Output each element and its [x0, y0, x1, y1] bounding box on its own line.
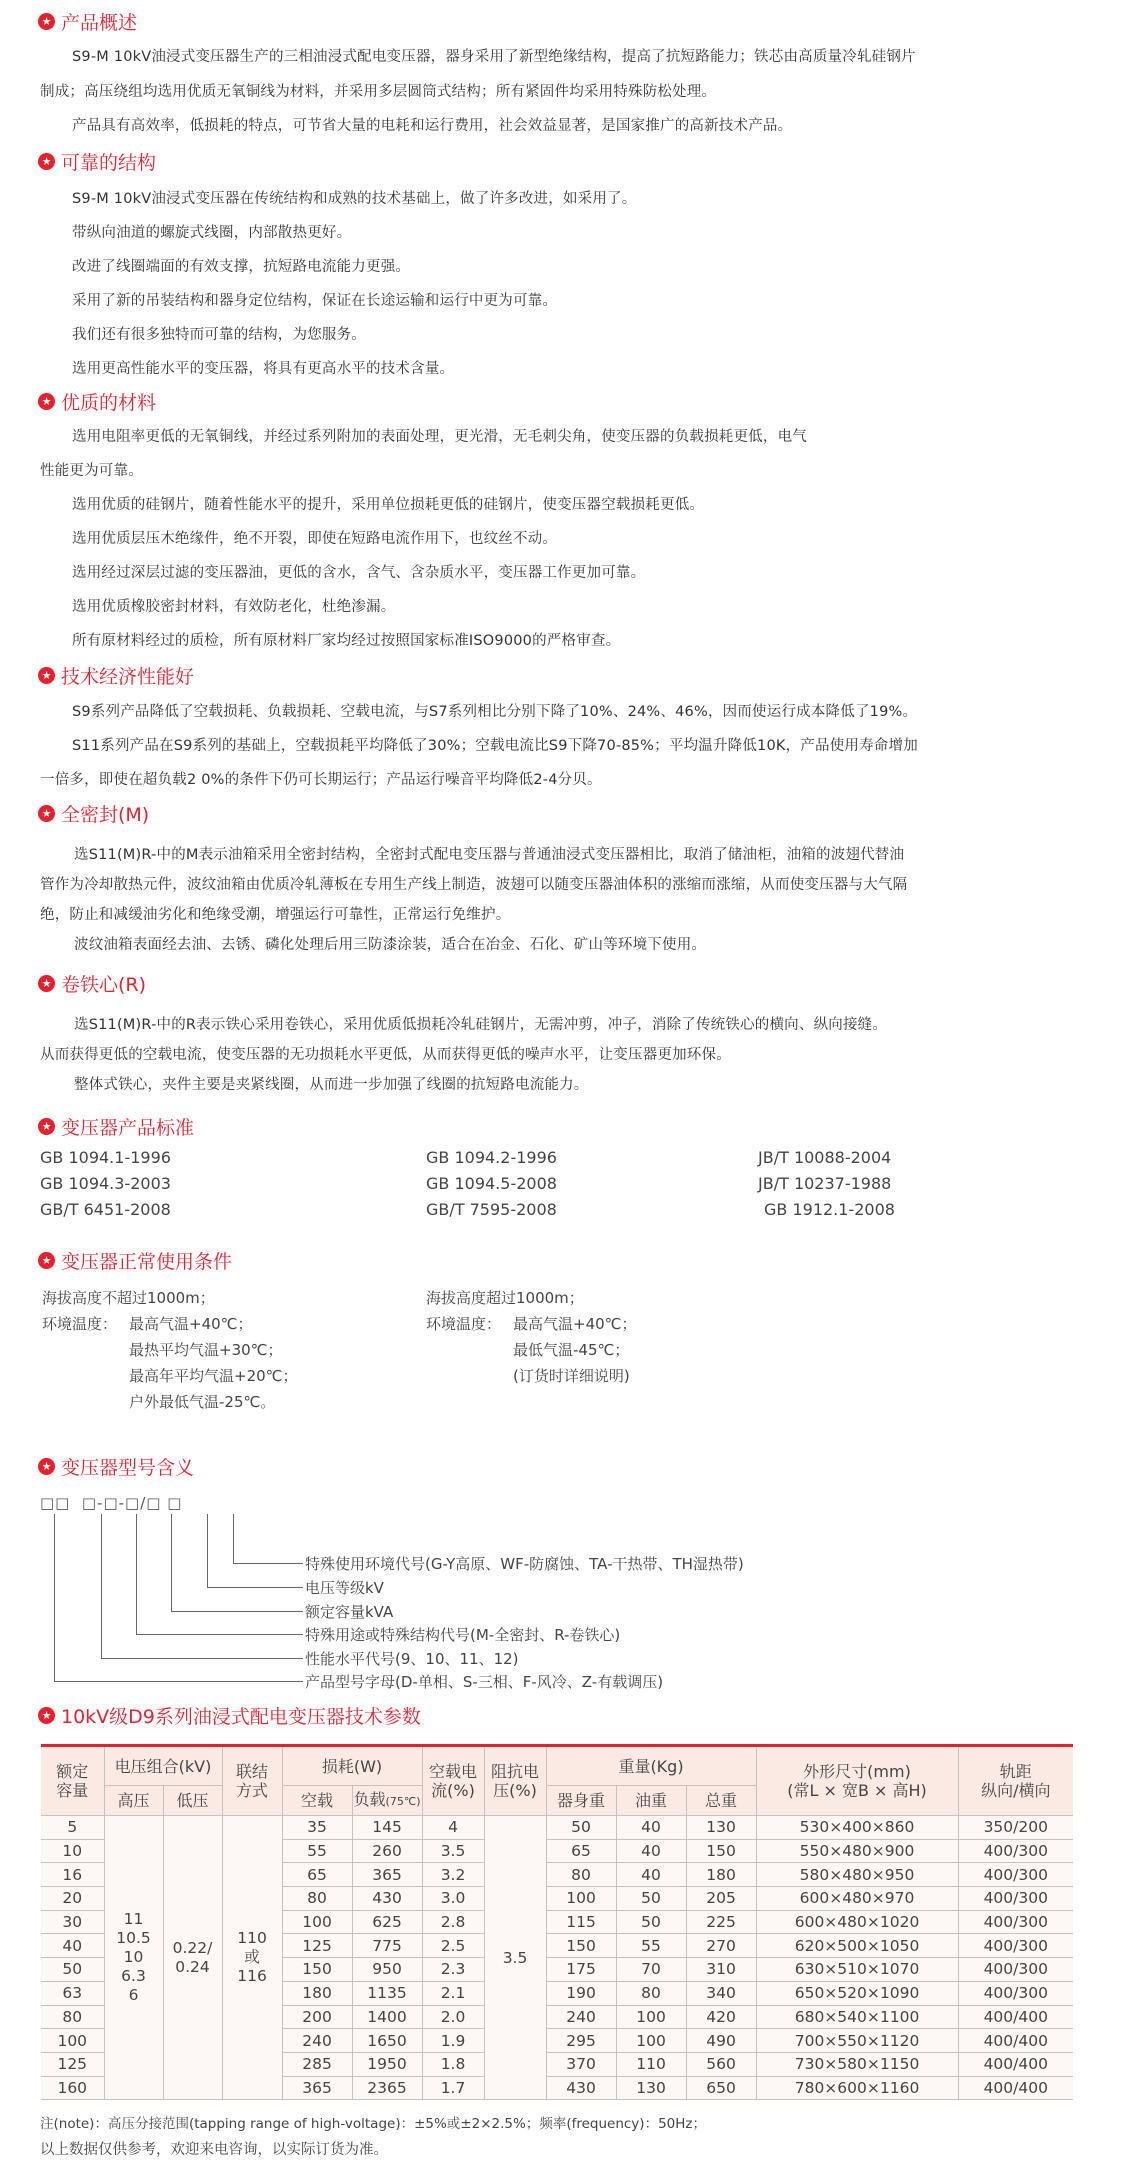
section-title-overview: ★ 产品概述: [38, 8, 137, 35]
cell-body-weight: 430: [546, 2076, 616, 2100]
model-code-pattern: □□ □-□-□/□ □: [40, 1494, 182, 1512]
cell-no-load-current: 2.8: [422, 1910, 484, 1934]
spec-table: 额定容量 电压组合(kV) 联结方式 损耗(W) 空载电流(%) 阻抗电压(%)…: [41, 1744, 1073, 2100]
cell-oil-weight: 40: [616, 1816, 686, 1840]
connector-line: [207, 1587, 303, 1588]
cell-no-load-current: 2.0: [422, 2005, 484, 2029]
cell-gauge: 400/300: [958, 1863, 1073, 1887]
model-legend-item: 性能水平代号(9、10、11、12): [305, 1648, 519, 1669]
standard-item: GB 1094.1-1996: [40, 1148, 171, 1167]
cell-load: 625: [352, 1910, 422, 1934]
cell-body-weight: 240: [546, 2005, 616, 2029]
cell-no-load-current: 2.3: [422, 1958, 484, 1982]
cell-body-weight: 50: [546, 1816, 616, 1840]
cell-dimensions: 600×480×970: [756, 1887, 958, 1911]
section-title-core: ★ 卷铁心(R): [38, 970, 146, 997]
star-bullet-icon: ★: [38, 1707, 55, 1724]
header-gauge: 轨距 纵向/横向: [958, 1746, 1073, 1816]
section-title-materials: ★ 优质的材料: [38, 388, 156, 415]
cell-body-weight: 295: [546, 2029, 616, 2053]
cell-lv-merged: 0.22/ 0.24: [163, 1816, 222, 2100]
cell-capacity: 10: [41, 1839, 104, 1863]
structure-paragraph: S9-M 10kV油浸式变压器在传统结构和成熟的技术基础上，做了许多改进，如采用…: [72, 187, 636, 208]
cell-oil-weight: 50: [616, 1887, 686, 1911]
cell-no-load: 100: [282, 1910, 352, 1934]
cell-dimensions: 680×540×1100: [756, 2005, 958, 2029]
overview-paragraph: 制成；高压绕组均选用优质无氧铜线为材料，并采用多层圆筒式结构；所有紧固件均采用特…: [40, 80, 716, 101]
core-paragraph: 选S11(M)R-中的R表示铁心采用卷铁心，采用优质低损耗冷轧硅钢片，无需冲剪，…: [74, 1013, 887, 1034]
cell-hv-merged: 11 10.5 10 6.3 6: [104, 1816, 163, 2100]
cell-connection-merged: 110 或 116: [222, 1816, 282, 2100]
star-bullet-icon: ★: [38, 1118, 55, 1135]
standard-item: JB/T 10088-2004: [758, 1148, 891, 1167]
sealed-paragraph: 管作为冷却散热元件，波纹油箱由优质冷轧薄板在专用生产线上制造，波翅可以随变压器油…: [40, 873, 907, 894]
connector-line: [136, 1514, 137, 1634]
materials-paragraph: 性能更为可靠。: [40, 459, 143, 480]
cell-no-load: 240: [282, 2029, 352, 2053]
cell-load: 1950: [352, 2052, 422, 2076]
cell-no-load-current: 1.7: [422, 2076, 484, 2100]
header-impedance: 阻抗电压(%): [484, 1746, 546, 1816]
condition-temp: 户外最低气温-25℃。: [129, 1391, 275, 1412]
materials-paragraph: 选用优质层压木绝缘件，绝不开裂，即使在短路电流作用下，也纹丝不动。: [72, 527, 557, 548]
star-bullet-icon: ★: [38, 1458, 55, 1475]
cell-load: 2365: [352, 2076, 422, 2100]
cell-gauge: 400/300: [958, 1910, 1073, 1934]
cell-total-weight: 490: [686, 2029, 756, 2053]
cell-total-weight: 340: [686, 1981, 756, 2005]
condition-temp: 最高年平均气温+20℃；: [129, 1365, 298, 1386]
cell-load: 145: [352, 1816, 422, 1840]
cell-total-weight: 310: [686, 1958, 756, 1982]
cell-gauge: 400/300: [958, 1981, 1073, 2005]
cell-load: 1650: [352, 2029, 422, 2053]
cell-oil-weight: 40: [616, 1863, 686, 1887]
connector-line: [207, 1514, 208, 1587]
condition-temp-label: 环境温度：: [426, 1313, 501, 1334]
cell-dimensions: 630×510×1070: [756, 1958, 958, 1982]
overview-paragraph: S9-M 10kV油浸式变压器生产的三相油浸式配电变压器，器身采用了新型绝缘结构…: [72, 45, 916, 66]
cell-capacity: 30: [41, 1910, 104, 1934]
cell-oil-weight: 40: [616, 1839, 686, 1863]
materials-paragraph: 选用经过深层过滤的变压器油，更低的含水，含气、含杂质水平，变压器工作更加可靠。: [72, 561, 645, 582]
standard-item: JB/T 10237-1988: [758, 1174, 891, 1193]
structure-paragraph: 我们还有很多独特而可靠的结构，为您服务。: [72, 323, 366, 344]
cell-dimensions: 530×400×860: [756, 1816, 958, 1840]
cell-no-load-current: 3.0: [422, 1887, 484, 1911]
cell-no-load: 365: [282, 2076, 352, 2100]
standard-item: GB/T 7595-2008: [426, 1200, 557, 1219]
sealed-paragraph: 绝，防止和减缓油劣化和绝缘受潮，增强运行可靠性，正常运行免维护。: [40, 903, 510, 924]
cell-total-weight: 205: [686, 1887, 756, 1911]
economy-paragraph: 一倍多，即使在超负载2 0%的条件下仍可长期运行；产品运行噪音平均降低2-4分贝…: [40, 768, 602, 789]
standard-item: GB 1094.2-1996: [426, 1148, 557, 1167]
cell-load: 1400: [352, 2005, 422, 2029]
cell-total-weight: 560: [686, 2052, 756, 2076]
cell-load: 430: [352, 1887, 422, 1911]
cell-dimensions: 580×480×950: [756, 1863, 958, 1887]
cell-capacity: 20: [41, 1887, 104, 1911]
connector-line: [54, 1681, 303, 1682]
materials-paragraph: 选用优质的硅钢片，随着性能水平的提升，采用单位损耗更低的硅钢片，使变压器空载损耗…: [72, 493, 704, 514]
header-body-weight: 器身重: [546, 1786, 616, 1816]
star-bullet-icon: ★: [38, 805, 55, 822]
cell-total-weight: 150: [686, 1839, 756, 1863]
cell-body-weight: 175: [546, 1958, 616, 1982]
cell-gauge: 400/300: [958, 1887, 1073, 1911]
cell-oil-weight: 130: [616, 2076, 686, 2100]
structure-paragraph: 带纵向油道的螺旋式线圈，内部散热更好。: [72, 221, 351, 242]
connector-line: [101, 1514, 102, 1658]
cell-no-load-current: 1.8: [422, 2052, 484, 2076]
section-title-standards: ★ 变压器产品标准: [38, 1113, 194, 1140]
section-title-params: ★ 10kV级D9系列油浸式配电变压器技术参数: [38, 1702, 421, 1729]
cell-body-weight: 80: [546, 1863, 616, 1887]
header-no-load-current: 空载电流(%): [422, 1746, 484, 1816]
cell-total-weight: 225: [686, 1910, 756, 1934]
connector-line: [171, 1514, 172, 1611]
cell-oil-weight: 55: [616, 1934, 686, 1958]
condition-temp: 最热平均气温+30℃；: [129, 1339, 283, 1360]
cell-capacity: 125: [41, 2052, 104, 2076]
cell-capacity: 100: [41, 2029, 104, 2053]
materials-paragraph: 选用电阻率更低的无氧铜线，并经过系列附加的表面处理，更光滑，无毛刺尖角，使变压器…: [72, 425, 807, 446]
cell-no-load-current: 2.1: [422, 1981, 484, 2005]
model-legend-item: 产品型号字母(D-单相、S-三相、F-风冷、Z-有载调压): [305, 1671, 663, 1692]
condition-altitude: 海拔高度超过1000m；: [426, 1287, 584, 1308]
cell-no-load: 80: [282, 1887, 352, 1911]
standard-item: GB 1094.5-2008: [426, 1174, 557, 1193]
connector-line: [171, 1611, 303, 1612]
cell-no-load-current: 3.2: [422, 1863, 484, 1887]
cell-gauge: 400/400: [958, 2029, 1073, 2053]
connector-line: [101, 1658, 303, 1659]
cell-capacity: 16: [41, 1863, 104, 1887]
connector-line: [136, 1634, 303, 1635]
cell-no-load: 35: [282, 1816, 352, 1840]
cell-no-load: 65: [282, 1863, 352, 1887]
header-oil-weight: 油重: [616, 1786, 686, 1816]
connector-line: [54, 1514, 55, 1681]
cell-no-load: 200: [282, 2005, 352, 2029]
cell-body-weight: 100: [546, 1887, 616, 1911]
cell-dimensions: 620×500×1050: [756, 1934, 958, 1958]
cell-load: 950: [352, 1958, 422, 1982]
core-paragraph: 从而获得更低的空载电流，使变压器的无功损耗水平更低，从而获得更低的噪声水平，让变…: [40, 1043, 731, 1064]
cell-body-weight: 115: [546, 1910, 616, 1934]
overview-paragraph: 产品具有高效率，低损耗的特点，可节省大量的电耗和运行费用，社会效益显著，是国家推…: [72, 114, 792, 135]
sealed-paragraph: 波纹油箱表面经去油、去锈、磷化处理后用三防漆涂装，适合在冶金、石化、矿山等环境下…: [74, 933, 706, 954]
cell-oil-weight: 50: [616, 1910, 686, 1934]
cell-gauge: 400/400: [958, 2076, 1073, 2100]
cell-load: 775: [352, 1934, 422, 1958]
condition-altitude: 海拔高度不超过1000m；: [42, 1287, 215, 1308]
header-load: 负载(75℃): [352, 1786, 422, 1816]
header-connection: 联结方式: [222, 1746, 282, 1816]
header-voltage-group: 电压组合(kV): [104, 1746, 222, 1786]
section-title-model: ★ 变压器型号含义: [38, 1453, 194, 1480]
standard-item: GB 1912.1-2008: [764, 1200, 895, 1219]
condition-temp-label: 环境温度：: [42, 1313, 117, 1334]
structure-paragraph: 采用了新的吊装结构和器身定位结构，保证在长途运输和运行中更为可靠。: [72, 289, 557, 310]
cell-total-weight: 420: [686, 2005, 756, 2029]
cell-gauge: 400/400: [958, 2052, 1073, 2076]
model-legend-item: 特殊使用环境代号(G-Y高原、WF-防腐蚀、TA-干热带、TH湿热带): [305, 1553, 744, 1574]
section-title-structure: ★ 可靠的结构: [38, 148, 156, 175]
cell-capacity: 5: [41, 1816, 104, 1840]
header-hv: 高压: [104, 1786, 163, 1816]
cell-no-load: 150: [282, 1958, 352, 1982]
condition-temp: 最高气温+40℃；: [129, 1313, 253, 1334]
cell-dimensions: 650×520×1090: [756, 1981, 958, 2005]
section-title-sealed: ★ 全密封(M): [38, 800, 149, 827]
star-bullet-icon: ★: [38, 1252, 55, 1269]
cell-total-weight: 180: [686, 1863, 756, 1887]
materials-paragraph: 所有原材料经过的质检，所有原材料厂家均经过按照国家标准ISO9000的严格审查。: [72, 629, 620, 650]
economy-paragraph: S11系列产品在S9系列的基础上，空载损耗平均降低了30%；空载电流比S9下降7…: [72, 734, 918, 755]
condition-temp: (订货时详细说明): [513, 1365, 630, 1386]
cell-capacity: 63: [41, 1981, 104, 2005]
header-lv: 低压: [163, 1786, 222, 1816]
economy-paragraph: S9系列产品降低了空载损耗、负载损耗、空载电流，与S7系列相比分别下降了10%、…: [72, 700, 917, 721]
cell-oil-weight: 100: [616, 2029, 686, 2053]
star-bullet-icon: ★: [38, 13, 55, 30]
cell-no-load: 285: [282, 2052, 352, 2076]
section-title-conditions: ★ 变压器正常使用条件: [38, 1247, 232, 1274]
cell-oil-weight: 70: [616, 1958, 686, 1982]
header-loss: 损耗(W): [282, 1746, 422, 1786]
cell-load: 260: [352, 1839, 422, 1863]
section-title-economy: ★ 技术经济性能好: [38, 662, 194, 689]
header-weight: 重量(Kg): [546, 1746, 756, 1786]
connector-line: [233, 1563, 303, 1564]
cell-load: 1135: [352, 1981, 422, 2005]
header-dimensions: 外形尺寸(mm) (常L × 宽B × 高H): [756, 1746, 958, 1816]
cell-oil-weight: 100: [616, 2005, 686, 2029]
table-note: 注(note)：高压分接范围(tapping range of high-vol…: [40, 2112, 706, 2132]
condition-temp: 最高气温+40℃；: [513, 1313, 637, 1334]
structure-paragraph: 选用更高性能水平的变压器，将具有更高水平的技术含量。: [72, 357, 454, 378]
cell-gauge: 400/400: [958, 2005, 1073, 2029]
cell-body-weight: 190: [546, 1981, 616, 2005]
sealed-paragraph: 选S11(M)R-中的M表示油箱采用全密封结构，全密封式配电变压器与普通油浸式变…: [74, 843, 904, 864]
cell-no-load-current: 1.9: [422, 2029, 484, 2053]
cell-no-load: 125: [282, 1934, 352, 1958]
star-bullet-icon: ★: [38, 975, 55, 992]
cell-no-load: 180: [282, 1981, 352, 2005]
standard-item: GB/T 6451-2008: [40, 1200, 171, 1219]
structure-paragraph: 改进了线圈端面的有效支撑，抗短路电流能力更强。: [72, 255, 410, 276]
cell-capacity: 40: [41, 1934, 104, 1958]
model-legend-item: 特殊用途或特殊结构代号(M-全密封、R-卷铁心): [305, 1624, 620, 1645]
cell-gauge: 400/300: [958, 1958, 1073, 1982]
star-bullet-icon: ★: [38, 393, 55, 410]
cell-total-weight: 130: [686, 1816, 756, 1840]
cell-capacity: 160: [41, 2076, 104, 2100]
header-no-load: 空载: [282, 1786, 352, 1816]
cell-gauge: 350/200: [958, 1816, 1073, 1840]
cell-gauge: 400/300: [958, 1934, 1073, 1958]
star-bullet-icon: ★: [38, 667, 55, 684]
cell-capacity: 50: [41, 1958, 104, 1982]
table-row: 511 10.5 10 6.3 60.22/ 0.24110 或 1163514…: [41, 1816, 1073, 1840]
cell-dimensions: 600×480×1020: [756, 1910, 958, 1934]
cell-capacity: 80: [41, 2005, 104, 2029]
cell-no-load-current: 4: [422, 1816, 484, 1840]
header-capacity: 额定容量: [41, 1746, 104, 1816]
cell-gauge: 400/300: [958, 1839, 1073, 1863]
standard-item: GB 1094.3-2003: [40, 1174, 171, 1193]
cell-oil-weight: 110: [616, 2052, 686, 2076]
model-legend-item: 额定容量kVA: [305, 1601, 393, 1622]
condition-temp: 最低气温-45℃；: [513, 1339, 629, 1360]
core-paragraph: 整体式铁心，夹件主要是夹紧线圈，从而进一步加强了线圈的抗短路电流能力。: [74, 1073, 589, 1094]
cell-total-weight: 650: [686, 2076, 756, 2100]
cell-impedance-merged: 3.5: [484, 1816, 546, 2100]
model-legend-item: 电压等级kV: [305, 1577, 384, 1598]
header-total-weight: 总重: [686, 1786, 756, 1816]
cell-no-load-current: 2.5: [422, 1934, 484, 1958]
materials-paragraph: 选用优质橡胶密封材料，有效防老化，杜绝渗漏。: [72, 595, 395, 616]
connector-line: [233, 1514, 234, 1563]
table-disclaimer: 以上数据仅供参考，欢迎来电咨询，以实际订货为准。: [40, 2138, 388, 2159]
star-bullet-icon: ★: [38, 153, 55, 170]
cell-load: 365: [352, 1863, 422, 1887]
cell-dimensions: 730×580×1150: [756, 2052, 958, 2076]
cell-body-weight: 150: [546, 1934, 616, 1958]
cell-dimensions: 780×600×1160: [756, 2076, 958, 2100]
cell-dimensions: 550×480×900: [756, 1839, 958, 1863]
cell-body-weight: 65: [546, 1839, 616, 1863]
cell-no-load-current: 3.5: [422, 1839, 484, 1863]
cell-body-weight: 370: [546, 2052, 616, 2076]
cell-no-load: 55: [282, 1839, 352, 1863]
cell-oil-weight: 80: [616, 1981, 686, 2005]
cell-dimensions: 700×550×1120: [756, 2029, 958, 2053]
cell-total-weight: 270: [686, 1934, 756, 1958]
